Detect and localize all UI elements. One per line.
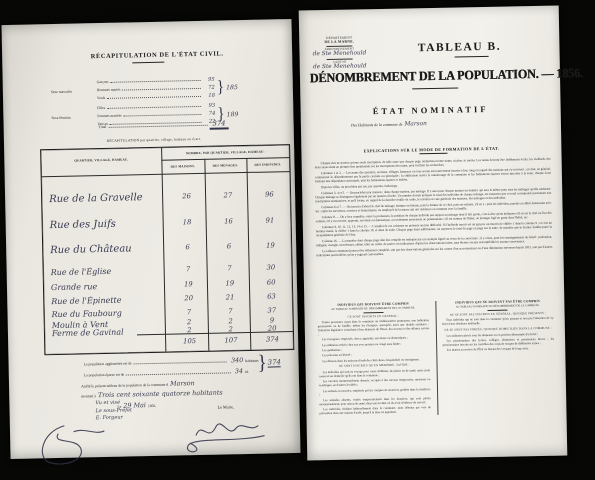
header-line — [161, 157, 289, 161]
title-underline — [419, 153, 447, 155]
list-item: Les marins au service de l'État ou faisa… — [443, 347, 555, 353]
row-individus: 96 — [249, 190, 291, 199]
value: 340 — [229, 356, 245, 364]
table-caption: RÉCAPITULATION par quartier, village, ha… — [24, 135, 284, 144]
row-menages: 27 — [207, 191, 249, 200]
row-individus: 19 — [250, 241, 292, 250]
commune-handwritten: Marson — [404, 121, 426, 127]
list-item: Toutes personnes ayant dans la commune u… — [318, 320, 430, 338]
label: montant à — [81, 394, 96, 398]
prefect-signature — [34, 421, 113, 467]
group-header: NOMBRE, PAR QUARTIER, VILLAGE, HAMEAU: — [161, 149, 289, 156]
item-value: 18 — [203, 92, 215, 100]
unit: id. — [245, 370, 249, 374]
total-menages: 107 — [210, 335, 252, 344]
brace: } — [257, 352, 267, 376]
explanations-paragraphs: Chaque état ne portera qu'une seule insc… — [315, 157, 553, 259]
main-title: DÉNOMBREMENT DE LA POPULATION. — 1856. — [310, 66, 551, 87]
dotted-leader — [107, 95, 201, 99]
table-row: Rue du Château 6 6 19 — [43, 233, 291, 262]
list-item: Les individus résidant habituellement da… — [319, 406, 431, 416]
title-underline — [132, 62, 164, 64]
marne-label: DE LA MARNE. — [308, 39, 370, 44]
row-individus: 30 — [250, 263, 292, 272]
row-name: Grande rue — [44, 280, 168, 292]
department-corner-block: DÉPARTEMENT DE LA MARNE. ARRONDISSEMENT … — [308, 35, 371, 71]
montant-line: montant à Trois cent soixante quatorze h… — [81, 387, 281, 399]
row-name: Rue des Juifs — [43, 217, 167, 231]
maire-label: Le Maire, — [217, 404, 234, 409]
divider — [327, 58, 353, 59]
arrondissement-handwritten: de Ste Menehould — [308, 50, 370, 58]
prefect-visa-block: Vu et visé Le sous-Préfet E. Forgeur — [95, 399, 132, 422]
male-group: Sexe masculin Garçons 95 Hommes mariés 7… — [51, 76, 263, 104]
row-maisons: 7 — [168, 307, 210, 316]
label: La population éparse est de — [84, 373, 124, 378]
row-menages: 7 — [210, 306, 252, 315]
row-individus: 60 — [250, 278, 292, 287]
label: La population agglomérée est de — [84, 361, 132, 366]
item-label: Hommes mariés — [97, 87, 121, 93]
row-maisons: 7 — [167, 265, 209, 274]
sub-header-individus: DES INDIVIDUS. — [247, 162, 290, 167]
row-individus: 63 — [251, 292, 293, 301]
sub-header-menages: DES MÉNAGES. — [204, 163, 247, 168]
date-line: Le 29 Mai 1856. — [117, 399, 227, 409]
etat-civil-title: RÉCAPITULATION DE L'ÉTAT CIVIL. — [32, 49, 282, 61]
total-line: Total 374 — [99, 119, 229, 132]
row-individus: 37 — [251, 306, 293, 315]
commune-handwritten: Marson — [168, 379, 197, 388]
row-maisons: 18 — [166, 218, 208, 227]
recap-table: QUARTIER, VILLAGE, HAMEAU. NOMBRE, PAR Q… — [40, 144, 294, 355]
excluded-column: INDIVIDUS QUI NE DOIVENT PAS ÊTRE COMPRI… — [435, 299, 556, 415]
row-maisons: 26 — [166, 192, 208, 201]
row-menages: 6 — [208, 242, 250, 251]
row-menages: 7 — [209, 264, 251, 273]
total-label: Total — [99, 125, 107, 129]
scanned-census-document: RÉCAPITULATION DE L'ÉTAT CIVIL. Sexe mas… — [0, 0, 595, 480]
population-eparse-line: La population éparse est de 34 id. — [84, 367, 249, 378]
title-underline — [455, 56, 489, 58]
female-total: 189 — [227, 111, 239, 118]
etat-nominatif-title: ÉTAT NOMINATIF — [301, 103, 561, 118]
dotted-leader — [134, 360, 227, 364]
title-underline — [412, 87, 458, 89]
row-name: Rue du Château — [43, 242, 167, 256]
left-page: RÉCAPITULATION DE L'ÉTAT CIVIL. Sexe mas… — [1, 19, 300, 459]
column-subtitle: AU TABLEAU NOMINATIF DU DÉNOMBREMENT DE … — [317, 306, 429, 312]
dotted-leader — [108, 124, 207, 128]
sub-header-maisons: DES MAISONS. — [161, 164, 204, 169]
dotted-leader — [107, 105, 201, 109]
row-menages: 16 — [208, 217, 250, 226]
right-page: DÉPARTEMENT DE LA MARNE. ARRONDISSEMENT … — [299, 6, 568, 461]
montant-handwritten: Trois cent soixante quatorze habitants — [96, 388, 225, 399]
dotted-leader — [126, 371, 231, 375]
tableau-b-title: TABLEAU B. — [369, 40, 549, 55]
item-label: Veufs — [97, 96, 105, 102]
row-name: Rue du Faubourg — [44, 308, 168, 320]
total-maisons: 105 — [169, 336, 211, 345]
dotted-leader — [111, 79, 201, 83]
label: Arrêté le présent tableau de la populati… — [81, 383, 168, 389]
row-maisons: 6 — [167, 243, 209, 252]
totals-spacer — [45, 341, 169, 344]
dotted-leader — [122, 87, 201, 91]
commune-prefix: Des Habitants de la commune de — [351, 123, 403, 128]
brace-total: 374 — [268, 358, 282, 367]
header-line — [42, 171, 290, 177]
row-name: Rue de l'Église — [44, 265, 168, 277]
brace: } — [217, 78, 225, 98]
row-menages: 21 — [209, 293, 251, 302]
total-individus: 374 — [252, 335, 294, 344]
year: 1856. — [148, 404, 156, 408]
male-total: 185 — [226, 84, 238, 91]
divider — [488, 309, 508, 310]
inclusion-columns: INDIVIDUS QUI DOIVENT ÊTRE COMPRIS AU TA… — [317, 299, 555, 418]
total-value: 374 — [210, 119, 229, 129]
row-individus: 91 — [249, 216, 291, 225]
row-menages: 19 — [209, 279, 251, 288]
name-header: QUARTIER, VILLAGE, HAMEAU. — [41, 157, 161, 164]
row-name: Rue de l'Épinette — [44, 294, 168, 306]
maire-signature — [178, 411, 279, 455]
male-item: Veufs 18 — [97, 92, 215, 102]
row-maisons: 19 — [168, 280, 210, 289]
male-label: Sexe masculin — [51, 89, 97, 94]
divider — [326, 45, 352, 46]
item-label: Filles — [97, 106, 105, 112]
female-label: Sexe féminin — [51, 115, 97, 120]
item-label: Femmes mariées — [97, 114, 121, 120]
row-maisons: 20 — [168, 294, 210, 303]
value: 34 — [233, 367, 245, 375]
population-agglomeree-line: La population agglomérée est de 340 habi… — [84, 356, 259, 368]
row-name: Rue de la Gravelle — [42, 191, 166, 205]
included-column: INDIVIDUS QUI DOIVENT ÊTRE COMPRIS AU TA… — [317, 301, 437, 417]
item-label: Garçons — [97, 80, 109, 86]
dotted-leader — [124, 113, 202, 117]
commune-line: Des Habitants de la commune de Marson — [351, 121, 427, 128]
divider — [363, 312, 383, 313]
